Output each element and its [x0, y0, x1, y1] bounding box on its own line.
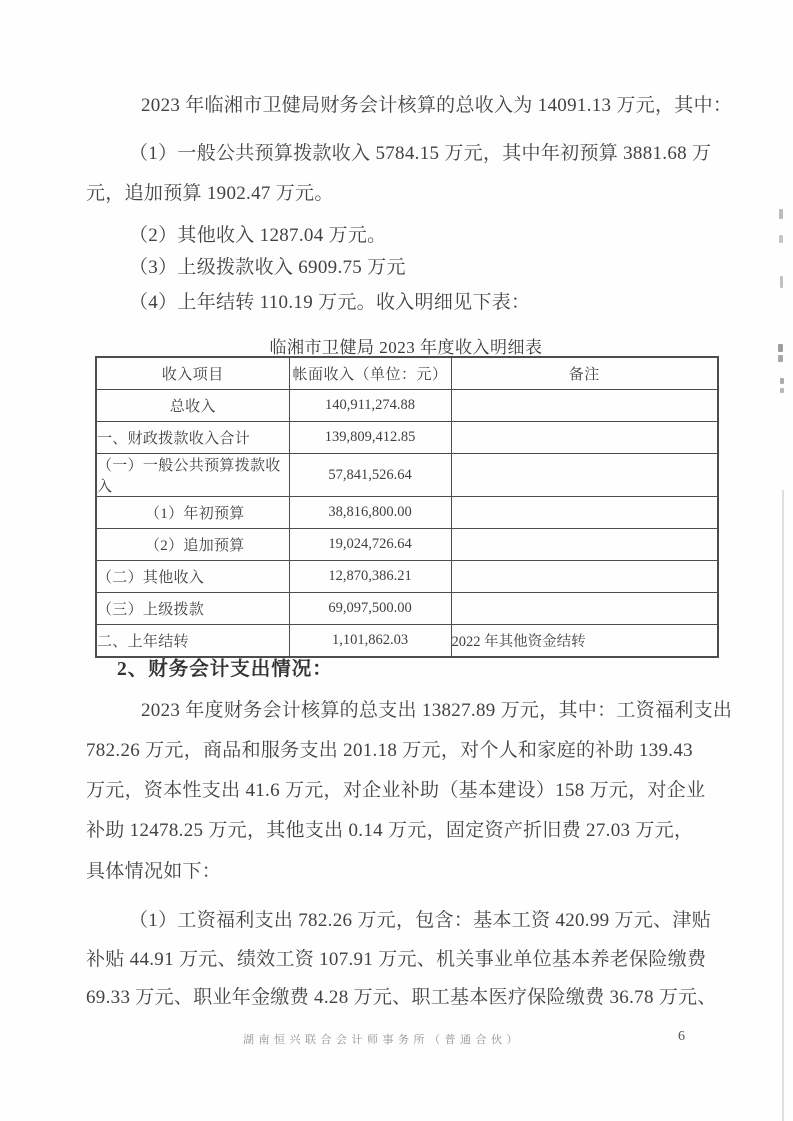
- income-item-cell: （三）上级拨款: [96, 593, 289, 625]
- text-line: （2）其他收入 1287.04 万元。: [129, 225, 386, 247]
- scan-edge-line: [782, 490, 784, 1121]
- income-item-cell: 总收入: [96, 390, 289, 422]
- scan-artifact: [778, 355, 783, 362]
- scan-artifact: [780, 276, 783, 288]
- table-row: （1）年初预算38,816,800.00: [96, 497, 718, 529]
- document-page: 2023 年临湘市卫健局财务会计核算的总收入为 14091.13 万元，其中：（…: [0, 0, 793, 1121]
- amount-cell: 57,841,526.64: [289, 454, 451, 497]
- table-row: （二）其他收入12,870,386.21: [96, 561, 718, 593]
- scan-artifact: [779, 235, 783, 243]
- amount-cell: 140,911,274.88: [289, 390, 451, 422]
- expense-section-heading: 2、财务会计支出情况：: [117, 653, 333, 681]
- note-cell: [451, 454, 718, 497]
- text-line: （3）上级拨款收入 6909.75 万元: [129, 257, 406, 279]
- text-line: 补贴 44.91 万元、绩效工资 107.91 万元、机关事业单位基本养老保险缴…: [86, 949, 706, 971]
- text-line: 元，追加预算 1902.47 万元。: [86, 183, 334, 205]
- table-title: 临湘市卫健局 2023 年度收入明细表: [95, 333, 717, 358]
- scan-artifact: [780, 378, 784, 384]
- amount-cell: 139,809,412.85: [289, 422, 451, 454]
- scan-artifact: [779, 209, 783, 219]
- footer-firm-name: 湖南恒兴联合会计师事务所（普通合伙）: [95, 1031, 670, 1047]
- page-number: 6: [678, 1029, 685, 1045]
- text-line: 补助 12478.25 万元，其他支出 0.14 万元，固定资产折旧费 27.0…: [86, 820, 693, 842]
- column-header: 收入项目: [96, 357, 289, 390]
- text-line: 2023 年临湘市卫健局财务会计核算的总收入为 14091.13 万元，其中：: [141, 95, 732, 117]
- note-cell: [451, 390, 718, 422]
- text-line: 69.33 万元、职业年金缴费 4.28 万元、职工基本医疗保险缴费 36.78…: [86, 987, 717, 1009]
- table-row: （三）上级拨款69,097,500.00: [96, 593, 718, 625]
- text-line: 782.26 万元，商品和服务支出 201.18 万元，对个人和家庭的补助 13…: [86, 740, 693, 762]
- amount-cell: 12,870,386.21: [289, 561, 451, 593]
- note-cell: [451, 422, 718, 454]
- text-line: 万元，资本性支出 41.6 万元，对企业补助（基本建设）158 万元，对企业: [86, 780, 705, 802]
- amount-cell: 69,097,500.00: [289, 593, 451, 625]
- income-item-cell: （1）年初预算: [96, 497, 289, 529]
- amount-cell: 38,816,800.00: [289, 497, 451, 529]
- note-cell: [451, 593, 718, 625]
- text-line: 2023 年度财务会计核算的总支出 13827.89 万元，其中：工资福利支出: [141, 700, 732, 722]
- table-header-row: 收入项目帐面收入（单位：元）备注: [96, 357, 718, 390]
- column-header: 备注: [451, 357, 718, 390]
- text-line: （1）工资福利支出 782.26 万元，包含：基本工资 420.99 万元、津贴: [129, 910, 711, 932]
- note-cell: 2022 年其他资金结转: [451, 625, 718, 658]
- table-row: （一）一般公共预算拨款收入57,841,526.64: [96, 454, 718, 497]
- text-line: 具体情况如下：: [86, 861, 221, 883]
- text-line: （4）上年结转 110.19 万元。收入明细见下表：: [129, 292, 530, 314]
- income-detail-table: 收入项目帐面收入（单位：元）备注 总收入140,911,274.88一、财政拨款…: [95, 356, 719, 658]
- scan-artifact: [780, 388, 784, 393]
- note-cell: [451, 529, 718, 561]
- amount-cell: 19,024,726.64: [289, 529, 451, 561]
- table-row: （2）追加预算19,024,726.64: [96, 529, 718, 561]
- column-header: 帐面收入（单位：元）: [289, 357, 451, 390]
- income-item-cell: （一）一般公共预算拨款收入: [96, 454, 289, 497]
- income-item-cell: （二）其他收入: [96, 561, 289, 593]
- note-cell: [451, 561, 718, 593]
- table-row: 总收入140,911,274.88: [96, 390, 718, 422]
- text-line: （1）一般公共预算拨款收入 5784.15 万元，其中年初预算 3881.68 …: [129, 143, 711, 165]
- income-item-cell: （2）追加预算: [96, 529, 289, 561]
- table-row: 一、财政拨款收入合计139,809,412.85: [96, 422, 718, 454]
- income-item-cell: 一、财政拨款收入合计: [96, 422, 289, 454]
- scan-artifact: [778, 344, 783, 352]
- note-cell: [451, 497, 718, 529]
